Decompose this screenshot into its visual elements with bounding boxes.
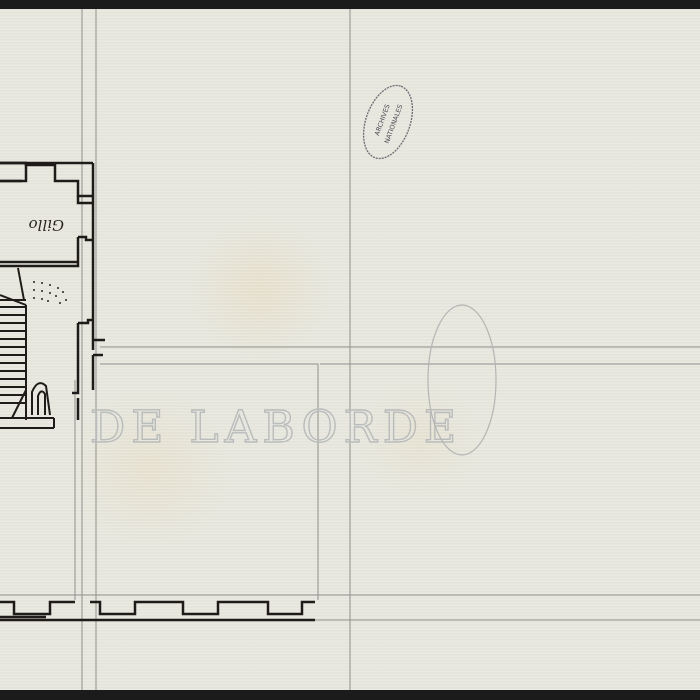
door-swing-dots	[33, 281, 67, 304]
scan-border-bottom	[0, 690, 700, 700]
room-label: Gillo	[29, 216, 64, 234]
ink-walls	[0, 163, 105, 420]
bottom-wall	[0, 602, 315, 620]
staircase	[0, 268, 54, 428]
floor-plan-drawing: Gillo ARCHIVES NATIONALES DE LABORDE	[0, 0, 700, 700]
paper-watermark: DE LABORDE	[90, 402, 462, 453]
archive-stamp: ARCHIVES NATIONALES	[354, 79, 421, 165]
pencil-lines	[0, 9, 700, 690]
